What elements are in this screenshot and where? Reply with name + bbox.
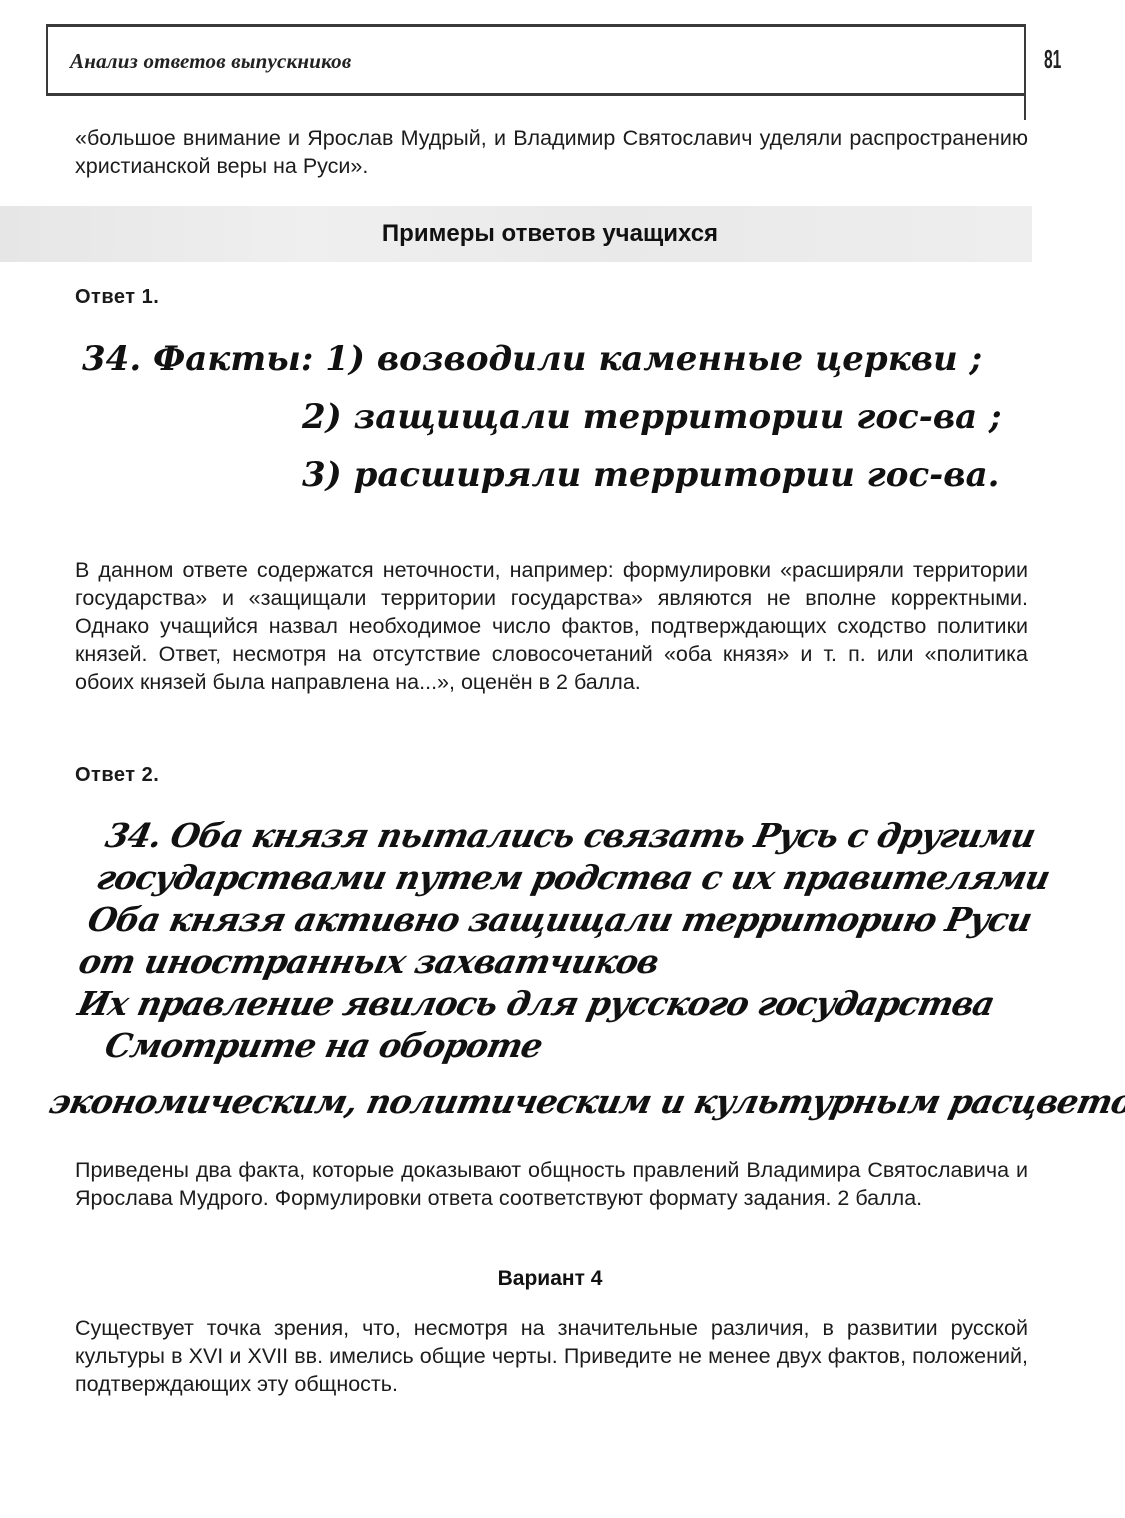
header-divider [1024, 94, 1026, 120]
answer-2-handwriting: 34. Оба князя пытались связать Русь с др… [45, 815, 1125, 1123]
variant-task-text: Существует точка зрения, что, несмотря н… [75, 1314, 1028, 1398]
section-title: Примеры ответов учащихся [0, 220, 1100, 248]
running-header-box: Анализ ответов выпускников [46, 24, 1026, 96]
handwritten-line: 34. Факты: 1) возводили каменные церкви … [82, 330, 982, 388]
handwritten-line: Их правление явилось для русского госуда… [66, 983, 1125, 1025]
answer-1-label: Ответ 1. [75, 286, 159, 309]
page-number: 81 [1044, 44, 1061, 75]
answer-1-commentary: В данном ответе содержатся неточности, н… [75, 556, 1028, 696]
answer-2-commentary: Приведены два факта, которые доказывают … [75, 1156, 1028, 1212]
handwritten-line: от иностранных захватчиков [75, 941, 1125, 983]
variant-title: Вариант 4 [0, 1267, 1100, 1291]
handwritten-line: Оба князя активно защищали территорию Ру… [84, 899, 1125, 941]
answer-2-label: Ответ 2. [75, 764, 159, 787]
running-header-title: Анализ ответов выпускников [70, 49, 351, 74]
handwritten-line: 2) защищали территории гос-ва ; [302, 388, 1125, 446]
handwritten-line: 34. Оба князя пытались связать Русь с др… [102, 815, 1125, 857]
handwritten-line: государствами путем родства с их правите… [93, 857, 1125, 899]
handwritten-line: 3) расширяли территории гос-ва. [302, 446, 1125, 504]
answer-1-handwriting: 34. Факты: 1) возводили каменные церкви … [82, 330, 982, 504]
intro-paragraph: «большое внимание и Ярослав Мудрый, и Вл… [75, 124, 1028, 180]
handwritten-line: Смотрите на обороте [57, 1025, 1125, 1067]
handwritten-line: экономическим, политическим и культурным… [45, 1081, 1125, 1123]
